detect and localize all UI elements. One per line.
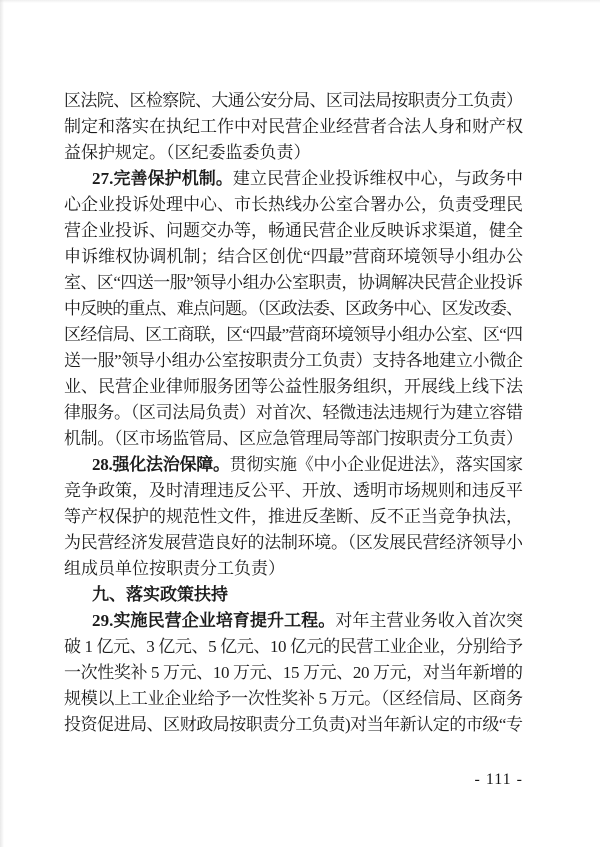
document-page: 区法院、区检察院、大通公安分局、区司法局按职责分工负责）制定和落实在执纪工作中对… <box>0 0 600 847</box>
text-line: 心企业投诉处理中心、市长热线办公室合署办公，负责受理民 <box>64 192 523 218</box>
text-segment: 机制。（区市场监管局、区应急管理局等部门按职责分工负责） <box>64 429 523 448</box>
text-segment: 竞争政策，及时清理违反公平、开放、透明市场规则和违反平 <box>64 481 523 500</box>
document-body: 区法院、区检察院、大通公安分局、区司法局按职责分工负责）制定和落实在执纪工作中对… <box>64 88 523 738</box>
text-line: 中反映的重点、难点问题。（区政法委、区政务中心、区发改委、 <box>64 296 523 322</box>
text-segment: 律服务。（区司法局负责）对首次、轻微违法违规行为建立容错 <box>64 403 523 422</box>
text-line: 一次性奖补 5 万元、10 万元、15 万元、20 万元，对当年新增的 <box>64 660 523 686</box>
text-segment: 组成员单位按职责分工负责） <box>64 559 285 578</box>
text-line: 九、落实政策扶持 <box>64 582 523 608</box>
text-line: 营企业投诉、问题交办等，畅通民营企业反映诉求渠道，健全 <box>64 218 523 244</box>
text-segment: 27.完善保护机制。 <box>92 169 233 188</box>
text-line: 律服务。（区司法局负责）对首次、轻微违法违规行为建立容错 <box>64 400 523 426</box>
text-line: 申诉维权协调机制；结合区创优“四最”营商环境领导小组办公 <box>64 244 523 270</box>
text-line: 区经信局、区工商联，区“四最”营商环境领导小组办公室、区“四 <box>64 322 523 348</box>
text-segment: 营企业投诉、问题交办等，畅通民营企业反映诉求渠道，健全 <box>64 221 523 240</box>
text-line: 机制。（区市场监管局、区应急管理局等部门按职责分工负责） <box>64 426 523 452</box>
text-segment: 对年主营业务收入首次突 <box>335 611 523 630</box>
text-segment: 申诉维权协调机制；结合区创优“四最”营商环境领导小组办公 <box>64 247 523 266</box>
text-segment: 益保护规定。（区纪委监委负责） <box>64 143 311 162</box>
indent-spacer <box>64 599 92 600</box>
scan-edge-left <box>0 0 4 847</box>
text-segment: 区法院、区检察院、大通公安分局、区司法局按职责分工负责） <box>64 91 522 110</box>
text-segment: 规模以上工业企业给予一次性奖补 5 万元。（区经信局、区商务 <box>64 689 523 708</box>
indent-spacer <box>64 625 92 626</box>
text-segment: 送一服”领导小组办公室按职责分工负责）支持各地建立小微企 <box>64 351 523 370</box>
indent-spacer <box>64 469 92 470</box>
text-line: 29.实施民营企业培育提升工程。对年主营业务收入首次突 <box>64 608 523 634</box>
text-segment: 破 1 亿元、3 亿元、5 亿元、10 亿元的民营工业企业，分别给予 <box>64 637 523 656</box>
text-line: 送一服”领导小组办公室按职责分工负责）支持各地建立小微企 <box>64 348 523 374</box>
text-line: 室、区“四送一服”领导小组办公室职责，协调解决民营企业投诉 <box>64 270 523 296</box>
text-segment: 投资促进局、区财政局按职责分工负责)对当年新认定的市级“专 <box>64 715 523 734</box>
text-line: 区法院、区检察院、大通公安分局、区司法局按职责分工负责） <box>64 88 523 114</box>
text-segment: 29.实施民营企业培育提升工程。 <box>92 611 335 630</box>
text-segment: 室、区“四送一服”领导小组办公室职责，协调解决民营企业投诉 <box>64 273 522 292</box>
indent-spacer <box>64 183 92 184</box>
text-segment: 为民营经济发展营造良好的法制环境。（区发展民营经济领导小 <box>64 533 523 552</box>
text-line: 规模以上工业企业给予一次性奖补 5 万元。（区经信局、区商务 <box>64 686 523 712</box>
text-segment: 一次性奖补 5 万元、10 万元、15 万元、20 万元，对当年新增的 <box>64 663 523 682</box>
text-line: 破 1 亿元、3 亿元、5 亿元、10 亿元的民营工业企业，分别给予 <box>64 634 523 660</box>
text-line: 投资促进局、区财政局按职责分工负责)对当年新认定的市级“专 <box>64 712 523 738</box>
text-segment: 建立民营企业投诉维权中心，与政务中 <box>233 169 523 188</box>
text-line: 组成员单位按职责分工负责） <box>64 556 523 582</box>
text-line: 27.完善保护机制。建立民营企业投诉维权中心，与政务中 <box>64 166 523 192</box>
text-segment: 业、民营企业律师服务团等公益性服务组织，开展线上线下法 <box>64 377 523 396</box>
text-segment: 等产权保护的规范性文件，推进反垄断、反不正当竞争执法， <box>64 507 523 526</box>
text-line: 28.强化法治保障。贯彻实施《中小企业促进法》，落实国家 <box>64 452 523 478</box>
text-line: 益保护规定。（区纪委监委负责） <box>64 140 523 166</box>
scan-edge-top <box>0 0 600 3</box>
text-segment: 九、落实政策扶持 <box>92 585 228 604</box>
text-line: 制定和落实在执纪工作中对民营企业经营者合法人身和财产权 <box>64 114 523 140</box>
text-line: 业、民营企业律师服务团等公益性服务组织，开展线上线下法 <box>64 374 523 400</box>
text-segment: 区经信局、区工商联，区“四最”营商环境领导小组办公室、区“四 <box>64 325 522 344</box>
text-segment: 贯彻实施《中小企业促进法》，落实国家 <box>230 455 523 474</box>
page-number: - 111 - <box>475 770 523 790</box>
text-line: 竞争政策，及时清理违反公平、开放、透明市场规则和违反平 <box>64 478 523 504</box>
text-segment: 28.强化法治保障。 <box>92 455 230 474</box>
text-segment: 制定和落实在执纪工作中对民营企业经营者合法人身和财产权 <box>64 117 523 136</box>
text-segment: 心企业投诉处理中心、市长热线办公室合署办公，负责受理民 <box>64 195 523 214</box>
text-line: 为民营经济发展营造良好的法制环境。（区发展民营经济领导小 <box>64 530 523 556</box>
text-segment: 中反映的重点、难点问题。（区政法委、区政务中心、区发改委、 <box>64 299 522 318</box>
text-line: 等产权保护的规范性文件，推进反垄断、反不正当竞争执法， <box>64 504 523 530</box>
